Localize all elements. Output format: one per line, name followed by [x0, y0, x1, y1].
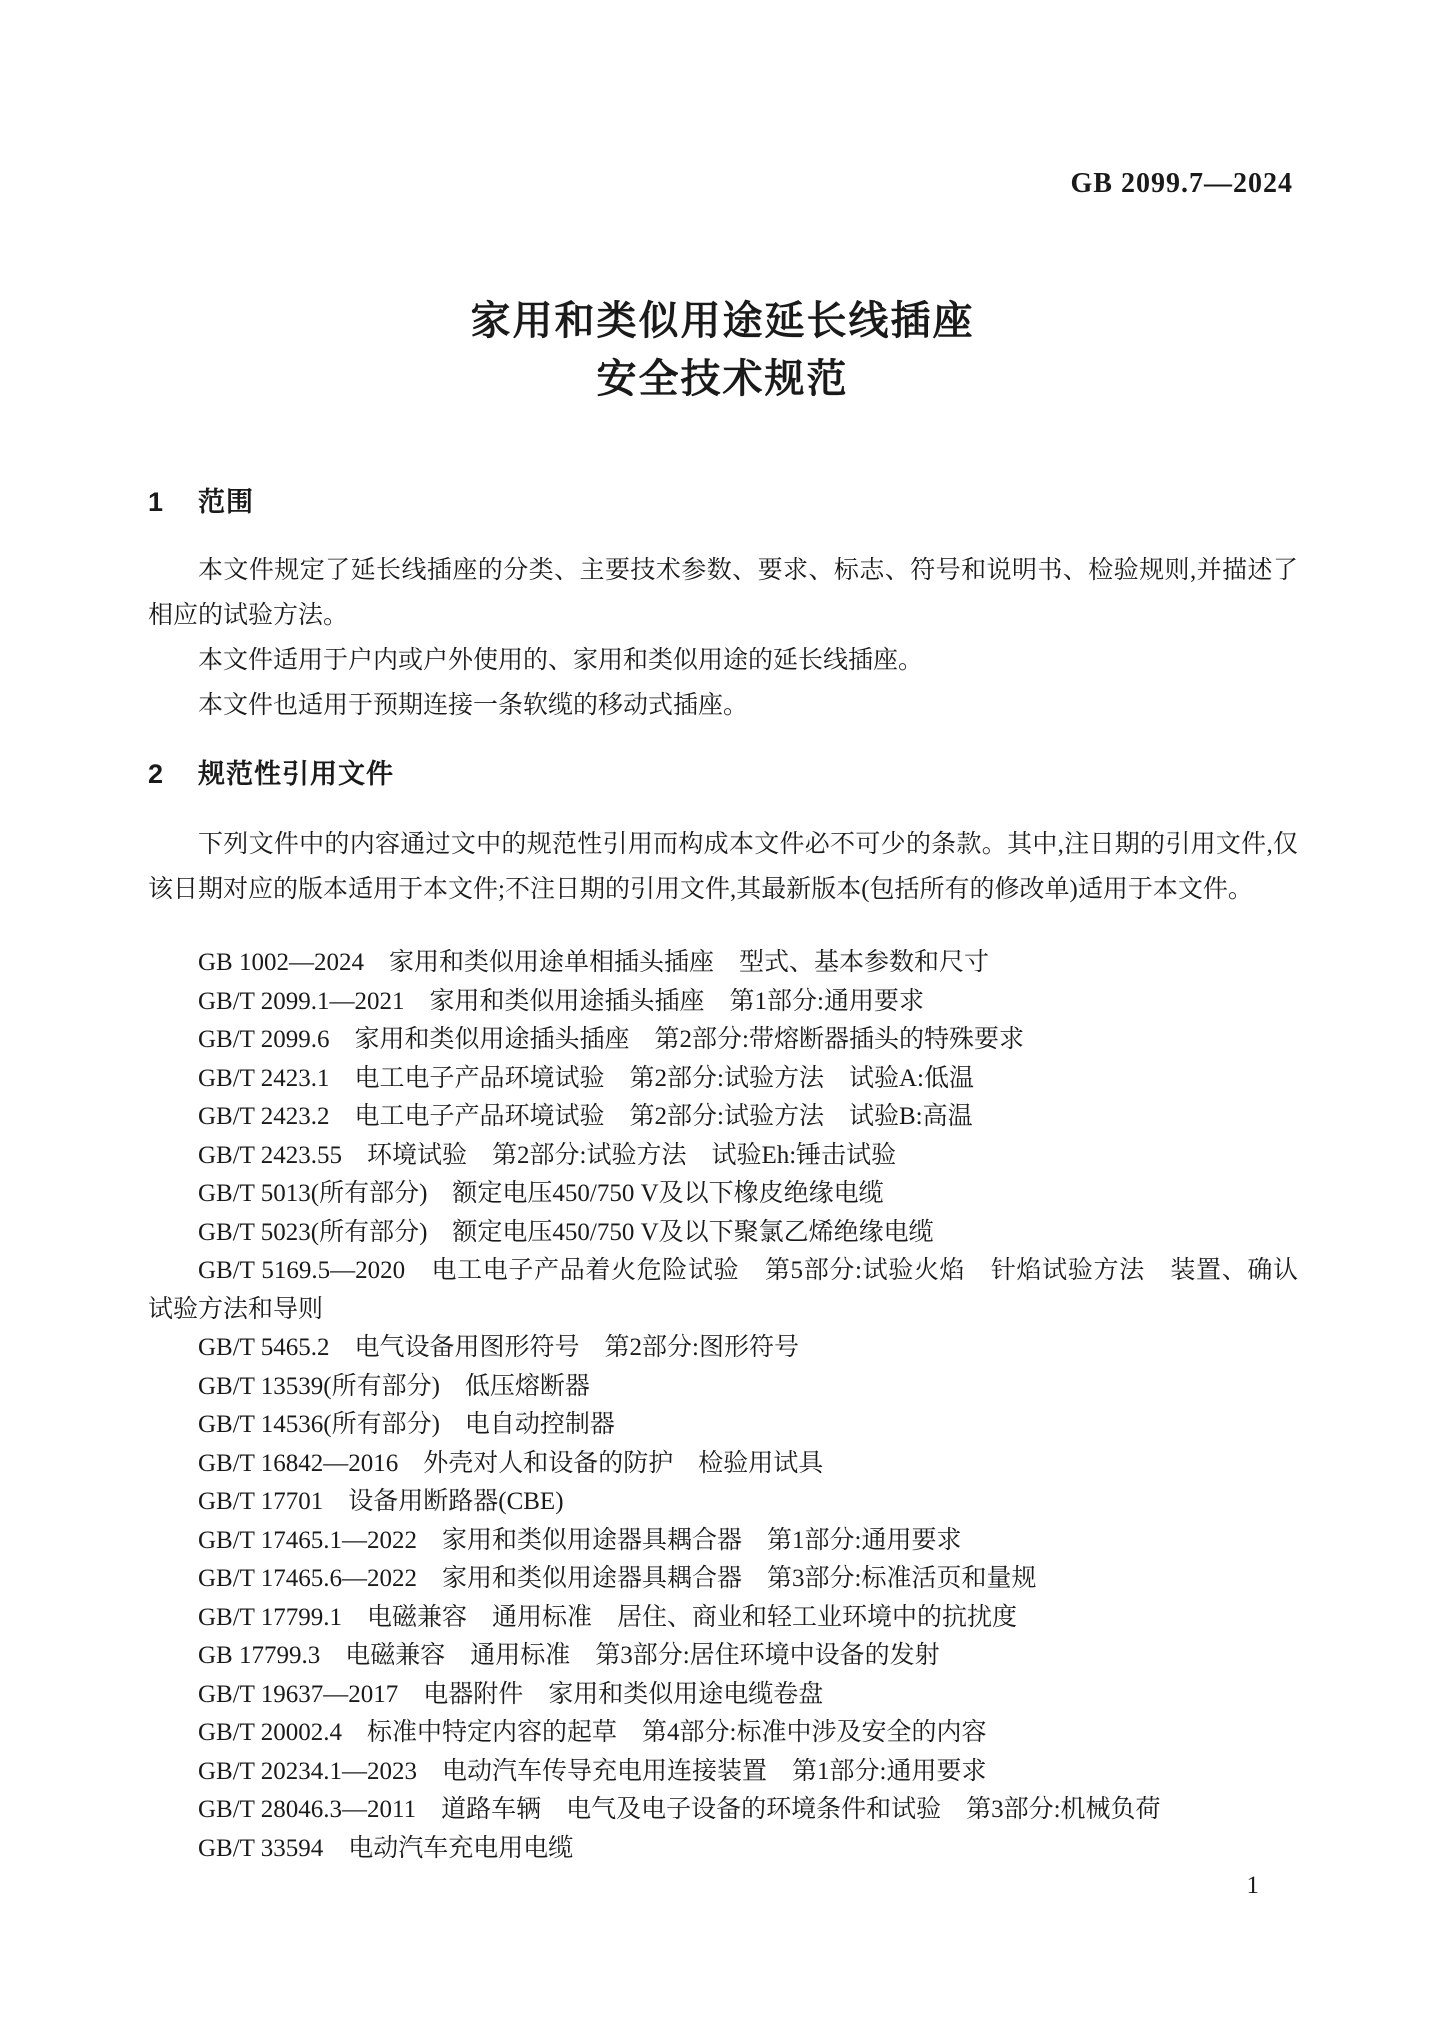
reference-item: GB/T 2423.2 电工电子产品环境试验 第2部分:试验方法 试验B:高温	[148, 1098, 1298, 1137]
reference-item: GB/T 2099.6 家用和类似用途插头插座 第2部分:带熔断器插头的特殊要求	[148, 1021, 1298, 1060]
reference-item: GB 17799.3 电磁兼容 通用标准 第3部分:居住环境中设备的发射	[148, 1637, 1298, 1676]
reference-item: GB/T 20002.4 标准中特定内容的起草 第4部分:标准中涉及安全的内容	[148, 1714, 1298, 1753]
paragraph: 本文件也适用于预期连接一条软缆的移动式插座。	[148, 683, 1298, 728]
reference-item: GB/T 19637—2017 电器附件 家用和类似用途电缆卷盘	[148, 1676, 1298, 1715]
page-number: 1	[1247, 1872, 1260, 1900]
standard-number: GB 2099.7—2024	[1071, 168, 1293, 200]
reference-item: GB 1002—2024 家用和类似用途单相插头插座 型式、基本参数和尺寸	[148, 944, 1298, 983]
reference-item: GB/T 17701 设备用断路器(CBE)	[148, 1483, 1298, 1522]
reference-item: GB/T 16842—2016 外壳对人和设备的防护 检验用试具	[148, 1445, 1298, 1484]
section-2-title: 规范性引用文件	[198, 759, 394, 789]
reference-item: GB/T 14536(所有部分) 电自动控制器	[148, 1406, 1298, 1445]
document-title-line1: 家用和类似用途延长线插座	[0, 292, 1445, 350]
reference-item: GB/T 13539(所有部分) 低压熔断器	[148, 1368, 1298, 1407]
reference-item: GB/T 5023(所有部分) 额定电压450/750 V及以下聚氯乙烯绝缘电缆	[148, 1214, 1298, 1253]
paragraph: 本文件适用于户内或户外使用的、家用和类似用途的延长线插座。	[148, 638, 1298, 683]
section-2-paragraphs: 下列文件中的内容通过文中的规范性引用而构成本文件必不可少的条款。其中,注日期的引…	[148, 822, 1298, 912]
document-title: 家用和类似用途延长线插座 安全技术规范	[0, 292, 1445, 408]
reference-item: GB/T 2423.55 环境试验 第2部分:试验方法 试验Eh:锤击试验	[148, 1137, 1298, 1176]
section-1-heading: 1范围	[148, 480, 254, 519]
normative-references-list: GB 1002—2024 家用和类似用途单相插头插座 型式、基本参数和尺寸GB/…	[148, 944, 1298, 1868]
reference-item: GB/T 2423.1 电工电子产品环境试验 第2部分:试验方法 试验A:低温	[148, 1060, 1298, 1099]
reference-item: GB/T 2099.1—2021 家用和类似用途插头插座 第1部分:通用要求	[148, 983, 1298, 1022]
section-1-paragraphs: 本文件规定了延长线插座的分类、主要技术参数、要求、标志、符号和说明书、检验规则,…	[148, 548, 1298, 728]
reference-item: GB/T 5465.2 电气设备用图形符号 第2部分:图形符号	[148, 1329, 1298, 1368]
reference-item: GB/T 17465.6—2022 家用和类似用途器具耦合器 第3部分:标准活页…	[148, 1560, 1298, 1599]
reference-item: GB/T 17799.1 电磁兼容 通用标准 居住、商业和轻工业环境中的抗扰度	[148, 1599, 1298, 1638]
reference-item: GB/T 33594 电动汽车充电用电缆	[148, 1830, 1298, 1869]
document-page: GB 2099.7—2024 家用和类似用途延长线插座 安全技术规范 1范围 本…	[0, 0, 1445, 2044]
paragraph: 下列文件中的内容通过文中的规范性引用而构成本文件必不可少的条款。其中,注日期的引…	[148, 822, 1298, 912]
reference-item: GB/T 20234.1—2023 电动汽车传导充电用连接装置 第1部分:通用要…	[148, 1753, 1298, 1792]
paragraph: 本文件规定了延长线插座的分类、主要技术参数、要求、标志、符号和说明书、检验规则,…	[148, 548, 1298, 638]
section-1-title: 范围	[198, 487, 254, 517]
section-2-number: 2	[148, 759, 164, 789]
reference-item: GB/T 5013(所有部分) 额定电压450/750 V及以下橡皮绝缘电缆	[148, 1175, 1298, 1214]
document-title-line2: 安全技术规范	[0, 350, 1445, 408]
reference-item: GB/T 28046.3—2011 道路车辆 电气及电子设备的环境条件和试验 第…	[148, 1791, 1298, 1830]
reference-item: GB/T 5169.5—2020 电工电子产品着火危险试验 第5部分:试验火焰 …	[148, 1252, 1298, 1329]
section-2-heading: 2规范性引用文件	[148, 752, 394, 791]
section-1-number: 1	[148, 487, 164, 517]
reference-item: GB/T 17465.1—2022 家用和类似用途器具耦合器 第1部分:通用要求	[148, 1522, 1298, 1561]
